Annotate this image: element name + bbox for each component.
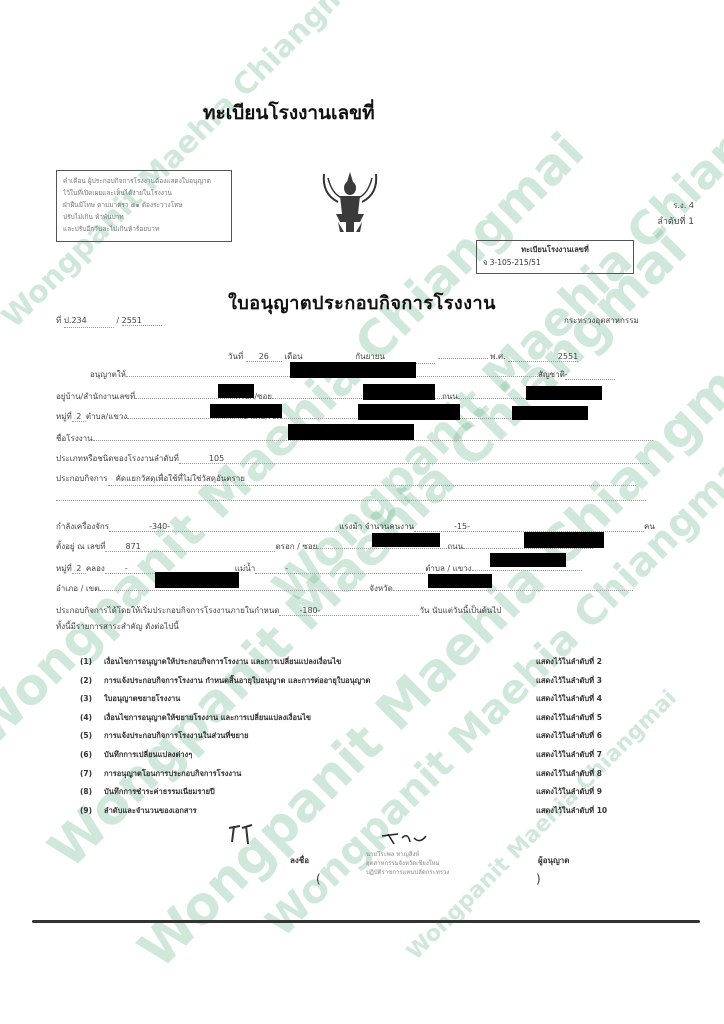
condition-text: ลำดับและจำนวนของเอกสาร xyxy=(104,806,197,815)
ref-year: 2551 xyxy=(122,316,162,326)
condition-ref: แสดงไว้ในลำดับที่ 7 xyxy=(536,749,602,761)
condition-item: (8)บันทึกการชำระค่าธรรมเนียมรายปีแสดงไว้… xyxy=(80,786,620,798)
registration-number: จ 3-105-215/51 xyxy=(483,256,627,269)
redacted-road2 xyxy=(524,532,604,548)
condition-text: การอนุญาตโอนการประกอบกิจการโรงงาน xyxy=(104,769,241,778)
condition-ref: แสดงไว้ในลำดับที่ 9 xyxy=(536,786,602,798)
condition-number: (6) xyxy=(80,750,104,759)
workers: -15- xyxy=(414,522,644,532)
redacted-province xyxy=(512,406,588,420)
condition-text: เงื่อนไขการอนุญาตให้ประกอบกิจการโรงงาน แ… xyxy=(104,657,341,666)
form-code-text: ร.ง. 4 xyxy=(657,198,694,214)
condition-text: บันทึกการเปลี่ยนแปลงต่างๆ xyxy=(104,750,192,759)
official-stamp: นายวีระพล หาญสิงห์ อุตสาหกรรมจังหวัดเชีย… xyxy=(366,850,449,877)
condition-number: (4) xyxy=(80,713,104,722)
redacted-province2 xyxy=(428,574,492,588)
signature-icon xyxy=(380,830,432,846)
form-code: ร.ง. 4 ลำดับที่ 1 xyxy=(657,198,694,230)
business: คัดแยกวัสดุเพื่อใช้ที่ไม่ใช่วัสดุอันตราย xyxy=(108,472,636,486)
condition-ref: แสดงไว้ในลำดับที่ 2 xyxy=(536,656,602,668)
redacted-subdistrict2 xyxy=(490,553,566,567)
condition-ref: แสดงไว้ในลำดับที่ 4 xyxy=(536,693,602,705)
condition-item: (5)การแจ้งประกอบกิจการโรงงานในส่วนที่ขยา… xyxy=(80,730,620,742)
signature-mark-icon xyxy=(226,822,256,848)
notice-line: ไว้ในที่เปิดเผยและเห็นได้ง่ายในโรงงาน xyxy=(63,187,225,199)
ref-number: ป.234 xyxy=(64,314,114,328)
ref-label: ที่ xyxy=(56,316,61,325)
condition-text: การแจ้งประกอบกิจการโรงงานในส่วนที่ขยาย xyxy=(104,731,249,740)
start-days: -180- xyxy=(279,606,419,616)
nationality: - xyxy=(565,370,615,380)
notice-line: และปรับอีกวันละไม่เกินห้าร้อยบาท xyxy=(63,223,225,235)
address-line: อยู่บ้าน/สำนักงานเลขที่ตรอก/ซอยถนน xyxy=(56,390,588,403)
ministry: กระทรวงอุตสาหกรรม xyxy=(564,314,639,327)
condition-text: เงื่อนไขการอนุญาตให้ขยายโรงงาน และการเปล… xyxy=(104,713,311,722)
located-number: 871 xyxy=(105,542,275,552)
locality-line: หมู่ที่2ตำบล/แขวงอำเภอ/เขตจังหวัด xyxy=(56,410,555,423)
condition-item: (4)เงื่อนไขการอนุญาตให้ขยายโรงงาน และการ… xyxy=(80,712,620,724)
located-line: ตั้งอยู่ ณ เลขที่871ตรอก / ซอยถนน xyxy=(56,540,593,553)
condition-number: (7) xyxy=(80,769,104,778)
condition-number: (8) xyxy=(80,787,104,796)
close-paren: ) xyxy=(536,872,541,886)
condition-text: บันทึกการชำระค่าธรรมเนียมรายปี xyxy=(104,787,215,796)
date-year: 2551 xyxy=(508,352,578,362)
redacted-address xyxy=(218,384,254,398)
condition-item: (6)บันทึกการเปลี่ยนแปลงต่างๆแสดงไว้ในลำด… xyxy=(80,749,620,761)
factory-type-line: ประเภทหรือชนิดของโรงงานลำดับที่105 xyxy=(56,452,649,465)
redacted-subdistrict xyxy=(210,404,282,418)
redacted-factory-name xyxy=(288,424,414,440)
open-paren: ( xyxy=(316,872,321,886)
condition-ref: แสดงไว้ในลำดับที่ 8 xyxy=(536,768,602,780)
condition-ref: แสดงไว้ในลำดับที่ 3 xyxy=(536,675,602,687)
blank-line xyxy=(56,494,646,503)
notice-line: ปรับไม่เกิน ห้าพันบาท xyxy=(63,211,225,223)
start-line: ประกอบกิจการได้โดยให้เริ่มประกอบกิจการโร… xyxy=(56,604,501,617)
condition-item: (7)การอนุญาตโอนการประกอบกิจการโรงงานแสดง… xyxy=(80,768,620,780)
machine-power: -340- xyxy=(109,522,339,532)
condition-ref: แสดงไว้ในลำดับที่ 5 xyxy=(536,712,602,724)
notice-line: ฝ่าฝืนมีโทษ ตามมาตรา ๕๑ ต้องระวางโทษ xyxy=(63,199,225,211)
signer-role: ผู้อนุญาต xyxy=(538,854,569,867)
factory-type: 105 xyxy=(179,454,649,464)
page-heading: ทะเบียนโรงงานเลขที่ xyxy=(203,98,375,128)
condition-item: (2)การแจ้งประกอบกิจการโรงงาน กำหนดสิ้นอา… xyxy=(80,675,620,687)
date-day: 26 xyxy=(246,352,282,362)
condition-number: (5) xyxy=(80,731,104,740)
condition-text: ใบอนุญาตขยายโรงงาน xyxy=(104,694,180,703)
condition-number: (9) xyxy=(80,806,104,815)
condition-number: (3) xyxy=(80,694,104,703)
condition-text: การแจ้งประกอบกิจการโรงงาน กำหนดสิ้นอายุใ… xyxy=(104,676,370,685)
condition-ref: แสดงไว้ในลำดับที่ 6 xyxy=(536,730,602,742)
document-bottom-edge xyxy=(32,920,700,923)
condition-item: (1)เงื่อนไขการอนุญาตให้ประกอบกิจการโรงงา… xyxy=(80,656,620,668)
redacted-road xyxy=(526,386,602,400)
registration-box-title: ทะเบียนโรงงานเลขที่ xyxy=(483,243,627,256)
condition-item: (3)ใบอนุญาตขยายโรงงานแสดงไว้ในลำดับที่ 4 xyxy=(80,693,620,705)
sequence-label: ลำดับที่ 1 xyxy=(657,214,694,230)
redacted-district xyxy=(358,404,460,420)
condition-ref: แสดงไว้ในลำดับที่ 10 xyxy=(536,805,607,817)
ref-line: ที่ ป.234 / 2551 xyxy=(56,314,162,328)
license-title: ใบอนุญาตประกอบกิจการโรงงาน xyxy=(0,288,724,317)
notice-box: คำเตือน ผู้ประกอบกิจการโรงงานต้องแสดงใบอ… xyxy=(56,170,232,242)
redacted-lane xyxy=(363,384,435,400)
condition-number: (2) xyxy=(80,676,104,685)
sign-label: ลงชื่อ xyxy=(290,854,309,867)
registration-box: ทะเบียนโรงงานเลขที่ จ 3-105-215/51 xyxy=(476,240,634,274)
condition-number: (1) xyxy=(80,657,104,666)
district2-line: อำเภอ / เขตจังหวัด xyxy=(56,582,633,595)
conditions-intro: ทั้งนี้มีรายการสาระสำคัญ ดังต่อไปนี้ xyxy=(56,620,179,633)
notice-line: คำเตือน ผู้ประกอบกิจการโรงงานต้องแสดงใบอ… xyxy=(63,175,225,187)
redacted-lane2 xyxy=(372,533,440,547)
redacted-district2 xyxy=(155,572,239,588)
condition-item: (9)ลำดับและจำนวนของเอกสารแสดงไว้ในลำดับท… xyxy=(80,805,620,817)
redacted-licensee xyxy=(290,362,416,378)
business-line: ประกอบกิจการคัดแยกวัสดุเพื่อใช้ที่ไม่ใช่… xyxy=(56,472,636,486)
garuda-emblem-icon xyxy=(318,168,382,236)
